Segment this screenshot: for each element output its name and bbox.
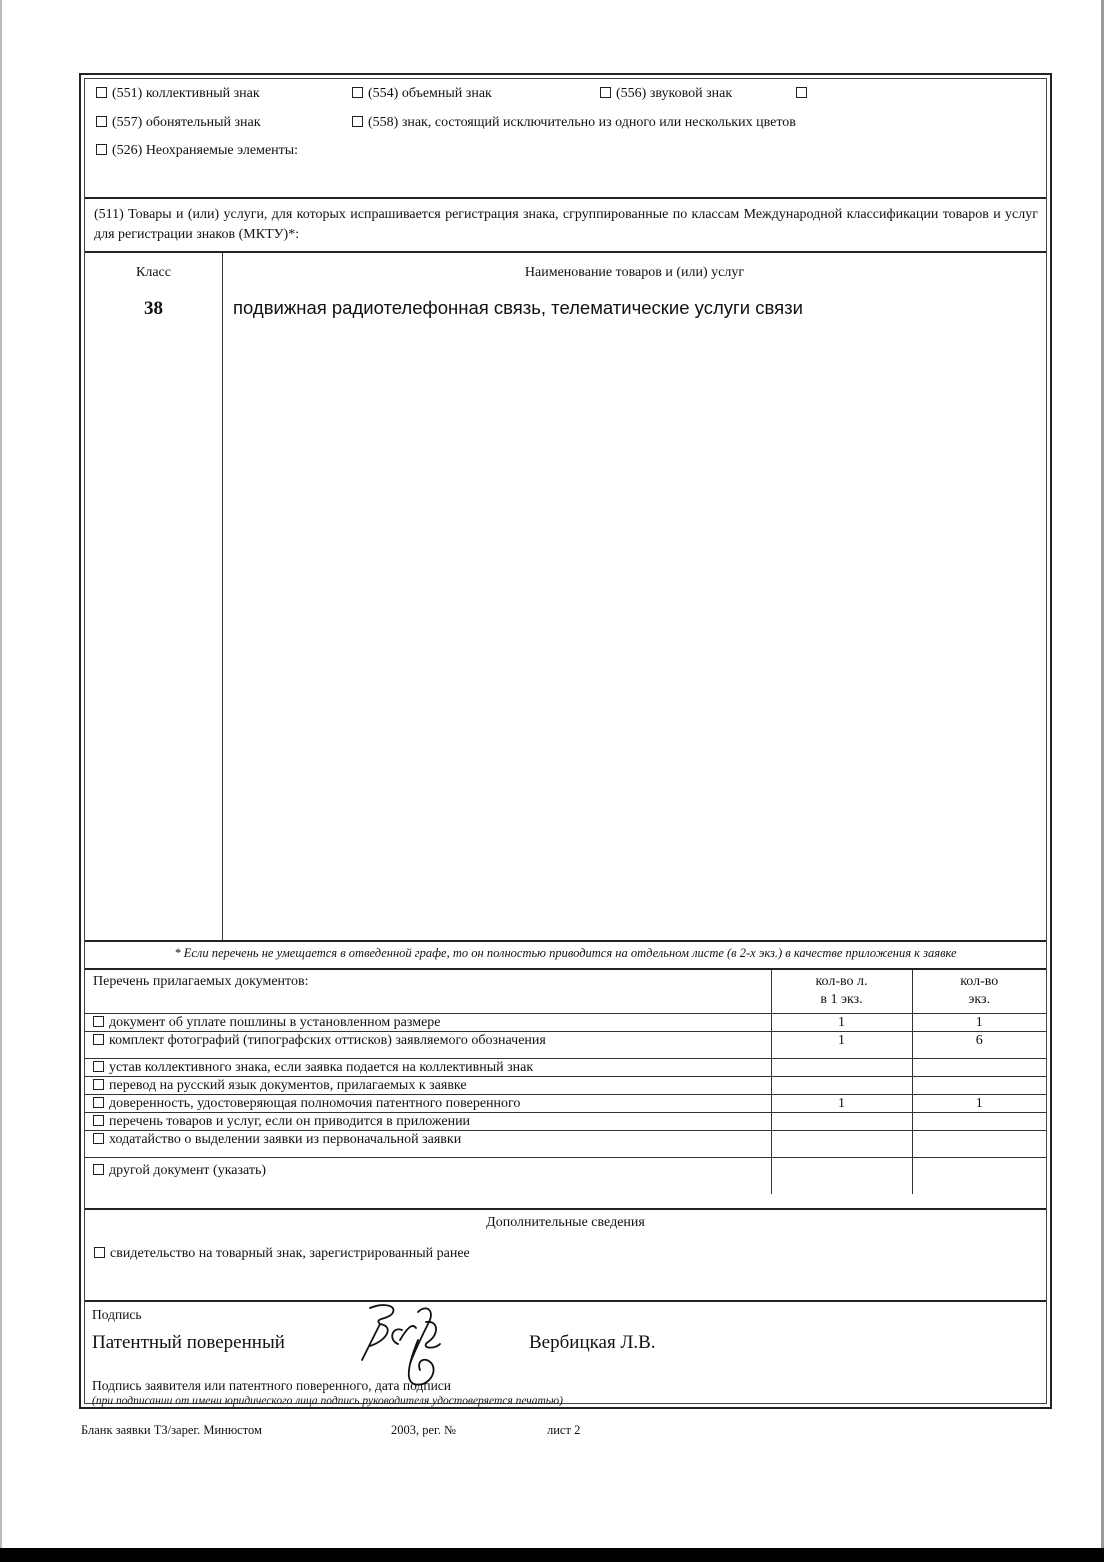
footnote-section: * Если перечень не умещается в отведенно… [85, 942, 1046, 968]
footer-form-name: Бланк заявки ТЗ/зарег. Минюстом [81, 1423, 262, 1438]
class-header: Класс [85, 265, 222, 281]
copies-column-header: кол-воэкз. [912, 970, 1046, 1014]
checkbox-icon[interactable] [96, 116, 107, 127]
sheets-value [771, 1131, 912, 1158]
copies-value: 6 [912, 1032, 1046, 1059]
documents-table: Перечень прилагаемых документов: кол-во … [85, 970, 1046, 1194]
table-row: перевод на русский язык документов, прил… [85, 1077, 1046, 1095]
checkbox-icon[interactable] [94, 1247, 105, 1258]
checkbox-icon[interactable] [93, 1133, 104, 1144]
table-row: комплект фотографий (типографских оттиск… [85, 1032, 1046, 1059]
document-item[interactable]: документ об уплате пошлины в установленн… [85, 1014, 771, 1032]
table-row: перечень товаров и услуг, если он привод… [85, 1113, 1046, 1131]
checkbox-icon[interactable] [93, 1164, 104, 1175]
signature-caption: Подпись заявителя или патентного поверен… [92, 1378, 451, 1394]
table-row: ходатайство о выделении заявки из первон… [85, 1131, 1046, 1158]
sheets-value: 1 [771, 1095, 912, 1113]
sheets-value [771, 1158, 912, 1195]
checkbox-icon[interactable] [93, 1115, 104, 1126]
checkbox-icon[interactable] [93, 1097, 104, 1108]
sheets-value [771, 1113, 912, 1131]
document-item[interactable]: комплект фотографий (типографских оттиск… [85, 1032, 771, 1059]
goods-intro-text: (511) Товары и (или) услуги, для которых… [94, 205, 1038, 245]
signature-label: Подпись [92, 1307, 142, 1323]
copies-value: 1 [912, 1095, 1046, 1113]
form-inner-frame: (551) коллективный знак (554) объемный з… [84, 78, 1047, 1404]
document-item[interactable]: перечень товаров и услуг, если он привод… [85, 1113, 771, 1131]
sheets-value [771, 1059, 912, 1077]
documents-section: Перечень прилагаемых документов: кол-во … [85, 970, 1046, 1208]
document-item[interactable]: доверенность, удостоверяющая полномочия … [85, 1095, 771, 1113]
handwritten-signature-icon [340, 1300, 480, 1390]
copies-value [912, 1113, 1046, 1131]
checkbox-icon[interactable] [93, 1079, 104, 1090]
checkbox-icon[interactable] [93, 1016, 104, 1027]
copies-value [912, 1131, 1046, 1158]
goods-name-header: Наименование товаров и (или) услуг [223, 265, 1046, 281]
signatory-role: Патентный поверенный [92, 1332, 285, 1354]
documents-header-row: Перечень прилагаемых документов: кол-во … [85, 970, 1046, 1014]
column-divider [222, 253, 223, 940]
sheets-value: 1 [771, 1032, 912, 1059]
signature-note: (при подписании от имени юридического ли… [92, 1395, 563, 1407]
checkbox-icon[interactable] [352, 87, 363, 98]
mark-type-other[interactable] [796, 86, 812, 102]
unprotected-elements[interactable]: (526) Неохраняемые элементы: [96, 143, 298, 159]
goods-intro-section: (511) Товары и (или) услуги, для которых… [85, 199, 1046, 251]
checkbox-icon[interactable] [796, 87, 807, 98]
additional-info-section: Дополнительные сведения свидетельство на… [85, 1210, 1046, 1300]
signatory-name: Вербицкая Л.В. [529, 1332, 656, 1354]
checkbox-icon[interactable] [96, 144, 107, 155]
checkbox-icon[interactable] [93, 1034, 104, 1045]
copies-value [912, 1158, 1046, 1195]
mark-type-sound[interactable]: (556) звуковой знак [600, 86, 732, 102]
table-row: устав коллективного знака, если заявка п… [85, 1059, 1046, 1077]
checkbox-icon[interactable] [600, 87, 611, 98]
document-item[interactable]: устав коллективного знака, если заявка п… [85, 1059, 771, 1077]
previous-certificate-item[interactable]: свидетельство на товарный знак, зарегист… [94, 1246, 470, 1262]
goods-description: подвижная радиотелефонная связь, телемат… [233, 297, 803, 319]
table-row: другой документ (указать) [85, 1158, 1046, 1195]
scan-edge-left [0, 0, 2, 1548]
checkbox-icon[interactable] [96, 87, 107, 98]
table-row: доверенность, удостоверяющая полномочия … [85, 1095, 1046, 1113]
mark-type-volumetric[interactable]: (554) объемный знак [352, 86, 492, 102]
footer-sheet-number: лист 2 [547, 1423, 580, 1438]
mark-type-color[interactable]: (558) знак, состоящий исключительно из о… [352, 115, 796, 131]
copies-value: 1 [912, 1014, 1046, 1032]
document-item[interactable]: другой документ (указать) [85, 1158, 771, 1195]
mark-type-collective[interactable]: (551) коллективный знак [96, 86, 260, 102]
checkbox-icon[interactable] [352, 116, 363, 127]
documents-header: Перечень прилагаемых документов: [85, 970, 771, 1014]
mark-type-olfactory[interactable]: (557) обонятельный знак [96, 115, 261, 131]
footer-registration: 2003, рег. № [391, 1423, 456, 1438]
class-number: 38 [85, 298, 222, 320]
goods-table: Класс Наименование товаров и (или) услуг… [85, 253, 1046, 940]
sheets-column-header: кол-во л.в 1 экз. [771, 970, 912, 1014]
footnote-text: * Если перечень не умещается в отведенно… [85, 946, 1046, 961]
scan-bottom-edge [0, 1548, 1104, 1562]
application-form: (551) коллективный знак (554) объемный з… [79, 73, 1052, 1409]
sheets-value: 1 [771, 1014, 912, 1032]
copies-value [912, 1077, 1046, 1095]
checkbox-icon[interactable] [93, 1061, 104, 1072]
additional-info-title: Дополнительные сведения [85, 1215, 1046, 1231]
mark-types-section: (551) коллективный знак (554) объемный з… [85, 79, 1046, 197]
document-item[interactable]: перевод на русский язык документов, прил… [85, 1077, 771, 1095]
sheets-value [771, 1077, 912, 1095]
table-row: документ об уплате пошлины в установленн… [85, 1014, 1046, 1032]
document-item[interactable]: ходатайство о выделении заявки из первон… [85, 1131, 771, 1158]
copies-value [912, 1059, 1046, 1077]
signature-section: Подпись Патентный поверенный Вербицкая Л… [85, 1302, 1046, 1407]
